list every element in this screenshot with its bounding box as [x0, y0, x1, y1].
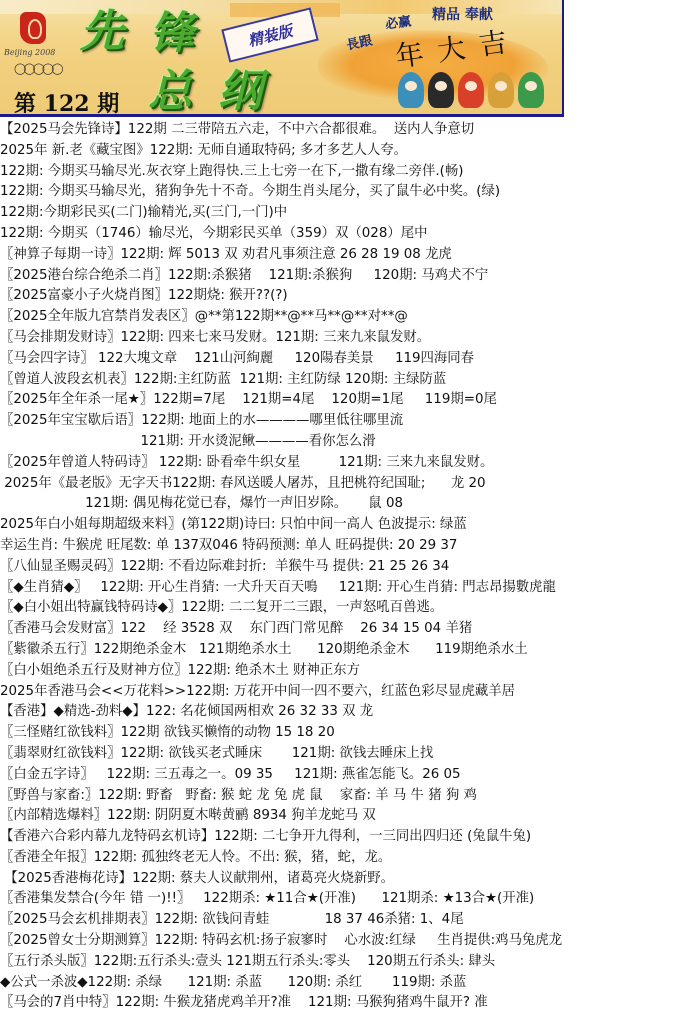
- text-line: 〖神算子每期一诗〗122期: 辉 5013 双 劝君凡事须注意 26 28 19…: [0, 245, 688, 266]
- text-line: 〖◆白小姐出特赢钱特码诗◆〗122期: 二二复开二三跟，一声怒吼百兽逃。: [0, 598, 688, 619]
- text-line: 〖2025年宝宝歇后语〗122期: 地面上的水————哪里低往哪里流: [0, 411, 688, 432]
- text-line: 〖白小姐绝杀五行及财神方位〗122期: 绝杀木土 财神正东方: [0, 661, 688, 682]
- text-line: 〖2025年曾道人特码诗〗 122期: 卧看牵牛织女星 121期: 三来九来鼠发…: [0, 453, 688, 474]
- text-line: 【香港】◆精选-劲料◆】122: 名花倾国两相欢 26 32 33 双 龙: [0, 702, 688, 723]
- text-line: 2025年香港马会<<万花料>>122期: 万花开中间一四不要六，红蓝色彩尽显虎…: [0, 682, 688, 703]
- text-line: 【2025香港梅花诗】122期: 蔡夫人议献荆州，诸葛亮火烧新野。: [0, 869, 688, 890]
- text-line: 2025年 新.老《藏宝图》122期: 无师自通取特码; 多才多艺人人夸。: [0, 141, 688, 162]
- text-line: 〖三怪赌红欲钱料〗122期 欲钱买懒惰的动物 15 18 20: [0, 723, 688, 744]
- text-line: 〖2025全年版九宫禁肖发表区〗@**第122期**@**马**@**对**@: [0, 307, 688, 328]
- text-line: 〖◆生肖猜◆〗 122期: 开心生肖猜: 一犬升天百天鳴 121期: 开心生肖猜…: [0, 578, 688, 599]
- text-line: ◆公式一杀波◆122期: 杀绿 121期: 杀蓝 120期: 杀红 119期: …: [0, 973, 688, 977]
- text-line: 122期:今期彩民买(二门)输精光,买(三门,一门)中: [0, 203, 688, 224]
- fuwa-mascots: [398, 72, 544, 108]
- text-line: 〖内部精选爆料〗122期: 阴阴夏木啭黄鹂 8934 狗羊龙蛇马 双: [0, 806, 688, 827]
- text-line: 2025年《最老版》无字天书122期: 春风送暖人屠苏，且把桃符纪国耻; 龙 2…: [0, 474, 688, 495]
- header-banner: Beijing 2008 ◯◯◯◯◯ 第 122 期 先 锋 总 纲 精装版 精…: [0, 0, 564, 117]
- title-char-zong: 总: [148, 70, 192, 114]
- text-line: 2025年白小姐每期超级来料〗(第122期)诗曰: 只怕中间一高人 色波提示: …: [0, 515, 688, 536]
- title-char-gang: 纲: [218, 70, 262, 114]
- title-char-xian: 先: [80, 10, 124, 54]
- text-line: 〖马会排期发财诗〗122期: 四来七来马发财。121期: 三来九来鼠发财。: [0, 328, 688, 349]
- issue-number: 第 122 期: [14, 87, 119, 117]
- text-line: 〖五行杀头版〗122期:五行杀头:壹头 121期五行杀头:零头 120期五行杀头…: [0, 952, 688, 973]
- text-line: 幸运生肖: 牛猴虎 旺尾数: 单 137双046 特码预测: 单人 旺码提供: …: [0, 536, 688, 557]
- mascot-icon: [428, 72, 454, 108]
- mascot-icon: [488, 72, 514, 108]
- mascot-icon: [458, 72, 484, 108]
- text-line: 〖马会四字诗〗 122大塊文章 121山河絢麗 120陽春美景 119四海同春: [0, 349, 688, 370]
- mascot-icon: [398, 72, 424, 108]
- olympic-text: Beijing 2008: [4, 48, 55, 57]
- text-line: 122期: 今期买（1746）输尽光，今期彩民买单（359）双（028）尾中: [0, 224, 688, 245]
- text-line: 〖紫徽杀五行〗122期绝杀金木 121期绝杀水土 120期绝杀金木 119期绝杀…: [0, 640, 688, 661]
- text-line: 〖2025马会玄机排期表〗122期: 欲钱问青蛙 18 37 46杀猪: 1、4…: [0, 910, 688, 931]
- text-line: 121期: 开水烫泥鳅————看你怎么滑: [0, 432, 688, 453]
- mascot-icon: [518, 72, 544, 108]
- text-line: 〖香港集发禁合(今年 错 一)!!〗 122期杀: ★11合★(开准) 121期…: [0, 889, 688, 910]
- text-line: 〖2025曾女士分期测算〗122期: 特码玄机:扬子寂寥时 心水波:红绿 生肖提…: [0, 931, 688, 952]
- text-line: 〖八仙显圣赐灵码〗122期: 不看边际难封折: 羊猴牛马 提供: 21 25 2…: [0, 557, 688, 578]
- slogan-bixiang: 必赢: [384, 10, 412, 32]
- text-line: 【香港六合彩内幕九龙特码玄机诗】122期: 二七争开九得利，一三同出四归还 (兔…: [0, 827, 688, 848]
- title-char-feng: 锋: [150, 12, 194, 56]
- beijing-2008-emblem-icon: [20, 12, 46, 44]
- text-line: 〖2025富豪小子火烧肖图〗122期烧: 猴开??(?): [0, 286, 688, 307]
- text-line: 〖翡翠财红欲钱料〗122期: 欲钱买老式睡床 121期: 欲钱去睡床上找: [0, 744, 688, 765]
- slogan-jingpin: 精品 奉献: [432, 4, 493, 24]
- text-line: 〖曾道人波段玄机表〗122期:主红防蓝 121期: 主红防绿 120期: 主绿防…: [0, 370, 688, 391]
- text-line: 〖香港全年报〗122期: 孤独终老无人怜。不出: 猴，猪，蛇，龙。: [0, 848, 688, 869]
- text-line: 【2025马会先锋诗】122期 二三带陪五六走，不中六合都很难。 送内人争意切: [0, 120, 688, 141]
- text-line: 122期: 今期买马输尽光.灰衣穿上跑得快.三上七旁一在下,一撒有缘二旁伴.(畅…: [0, 162, 688, 183]
- text-line: 〖2025年全年杀一尾★〗122期=7尾 121期=4尾 120期=1尾 119…: [0, 390, 688, 411]
- olympic-rings-icon: ◯◯◯◯◯: [14, 62, 61, 75]
- text-line: 〖白金五字诗〗 122期: 三五毒之一。09 35 121期: 燕雀怎能飞。26…: [0, 765, 688, 786]
- text-line: 121期: 偶见梅花觉已春，爆竹一声旧岁除。 鼠 08: [0, 494, 688, 515]
- content-lines: 【2025马会先锋诗】122期 二三带陪五六走，不中六合都很难。 送内人争意切2…: [0, 120, 688, 977]
- text-line: 〖香港马会发财富〗122 经 3528 双 东门西门常见醉 26 34 15 0…: [0, 619, 688, 640]
- text-line: 〖2025港台综合绝杀二肖〗122期:杀猴猪 121期:杀猴狗 120期: 马鸡…: [0, 266, 688, 287]
- text-line: 122期: 今期买马输尽光，猪狗争先十不奇。今期生肖头尾分，买了鼠牛必中奖。(绿…: [0, 182, 688, 203]
- text-line: 〖野兽与家畜:〗122期: 野畜 野畜: 猴 蛇 龙 兔 虎 鼠 家畜: 羊 马…: [0, 786, 688, 807]
